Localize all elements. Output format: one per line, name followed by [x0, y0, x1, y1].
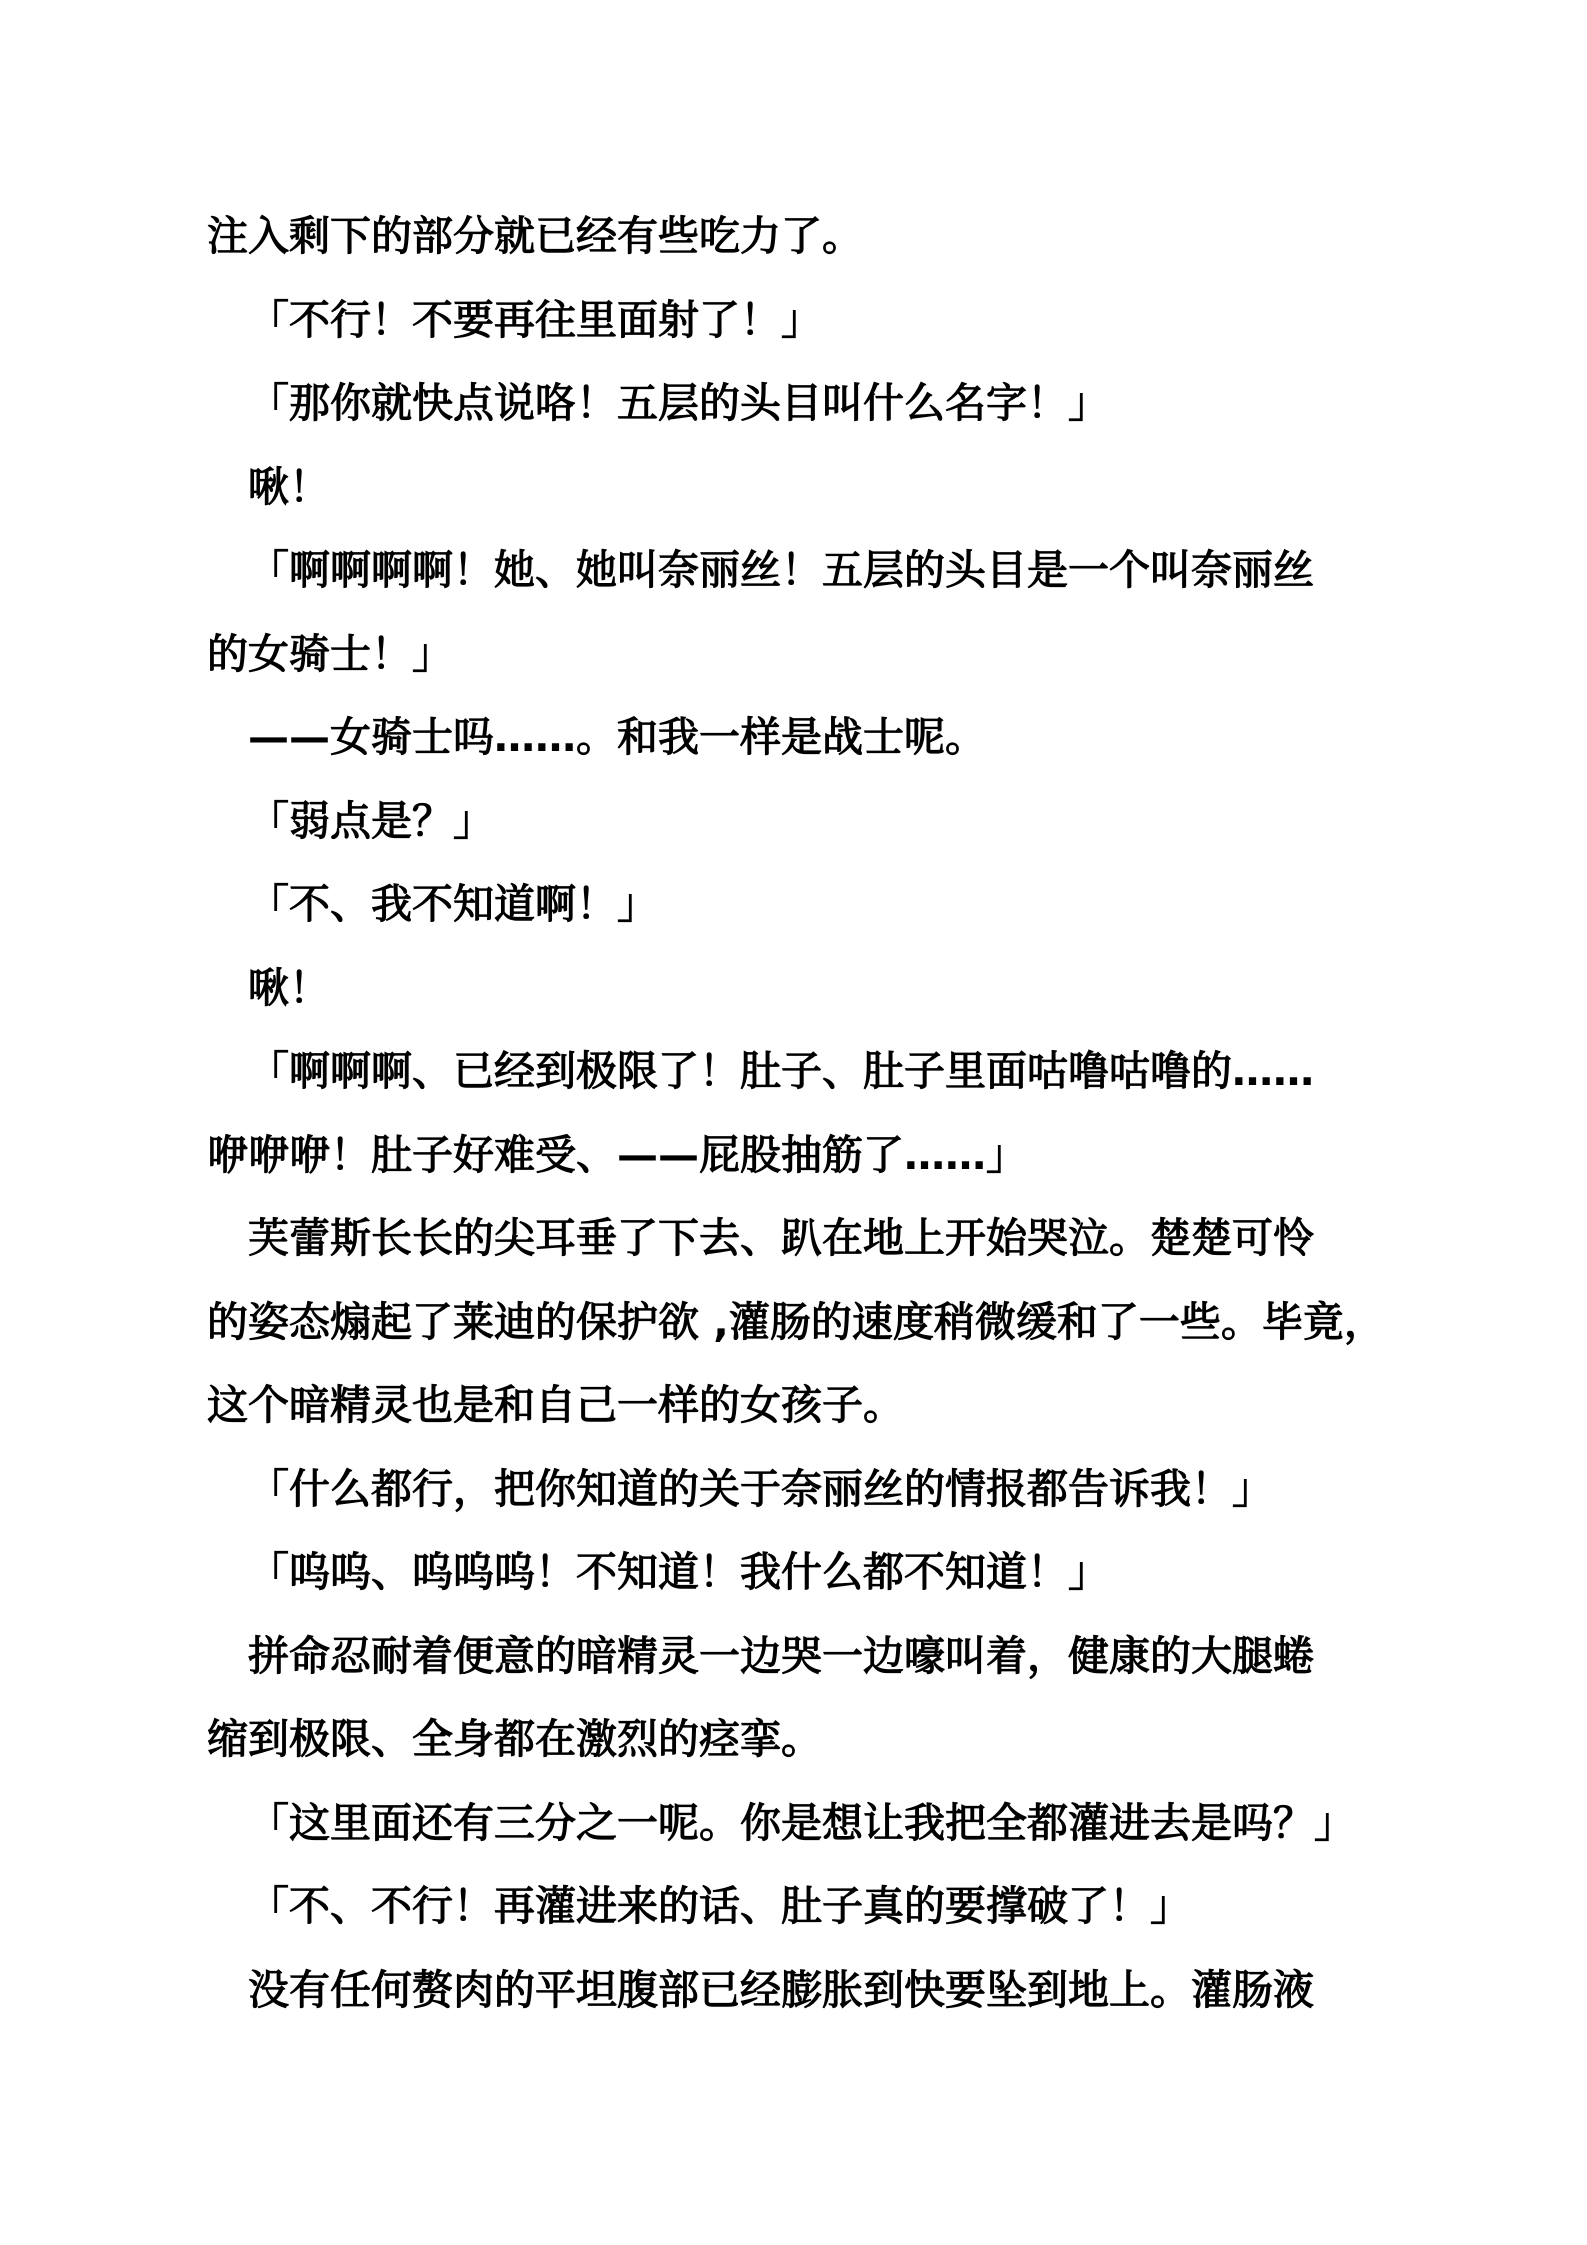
paragraph: 注入剩下的部分就已经有些吃力了。 [207, 195, 1390, 279]
paragraph: 拼命忍耐着便意的暗精灵一边哭一边嚎叫着，健康的大腿蜷 缩到极限、全身都在激烈的痉… [207, 1615, 1390, 1782]
paragraph: 「啊啊啊啊！她、她叫奈丽丝！五层的头目是一个叫奈丽丝 的女骑士！」 [207, 529, 1390, 696]
paragraph: 啾！ [207, 947, 1390, 1031]
paragraph: 「呜呜、呜呜呜！不知道！我什么都不知道！」 [207, 1531, 1390, 1615]
paragraph: 啾！ [207, 446, 1390, 530]
document-page: { "page": { "type": "novel-text-page", "… [0, 0, 1587, 2245]
paragraph: 「弱点是？」 [207, 780, 1390, 864]
text-column: 注入剩下的部分就已经有些吃力了。「不行！不要再往里面射了！」「那你就快点说咯！五… [207, 195, 1390, 2032]
paragraph: 「不、我不知道啊！」 [207, 863, 1390, 947]
paragraph: 没有任何赘肉的平坦腹部已经膨胀到快要坠到地上。灌肠液 [207, 1949, 1390, 2033]
paragraph: 「不、不行！再灌进来的话、肚子真的要撑破了！」 [207, 1865, 1390, 1949]
paragraph: 芙蕾斯长长的尖耳垂了下去、趴在地上开始哭泣。楚楚可怜 的姿态煽起了莱迪的保护欲 … [207, 1197, 1390, 1448]
paragraph: 「不行！不要再往里面射了！」 [207, 279, 1390, 363]
paragraph: ——女骑士吗……。和我一样是战士呢。 [207, 696, 1390, 780]
paragraph: 「啊啊啊、已经到极限了！肚子、肚子里面咕噜咕噜的…… 咿咿咿！肚子好难受、——屁… [207, 1030, 1390, 1197]
paragraph: 「这里面还有三分之一呢。你是想让我把全都灌进去是吗？」 [207, 1782, 1390, 1866]
paragraph: 「那你就快点说咯！五层的头目叫什么名字！」 [207, 362, 1390, 446]
paragraph: 「什么都行，把你知道的关于奈丽丝的情报都告诉我！」 [207, 1448, 1390, 1532]
